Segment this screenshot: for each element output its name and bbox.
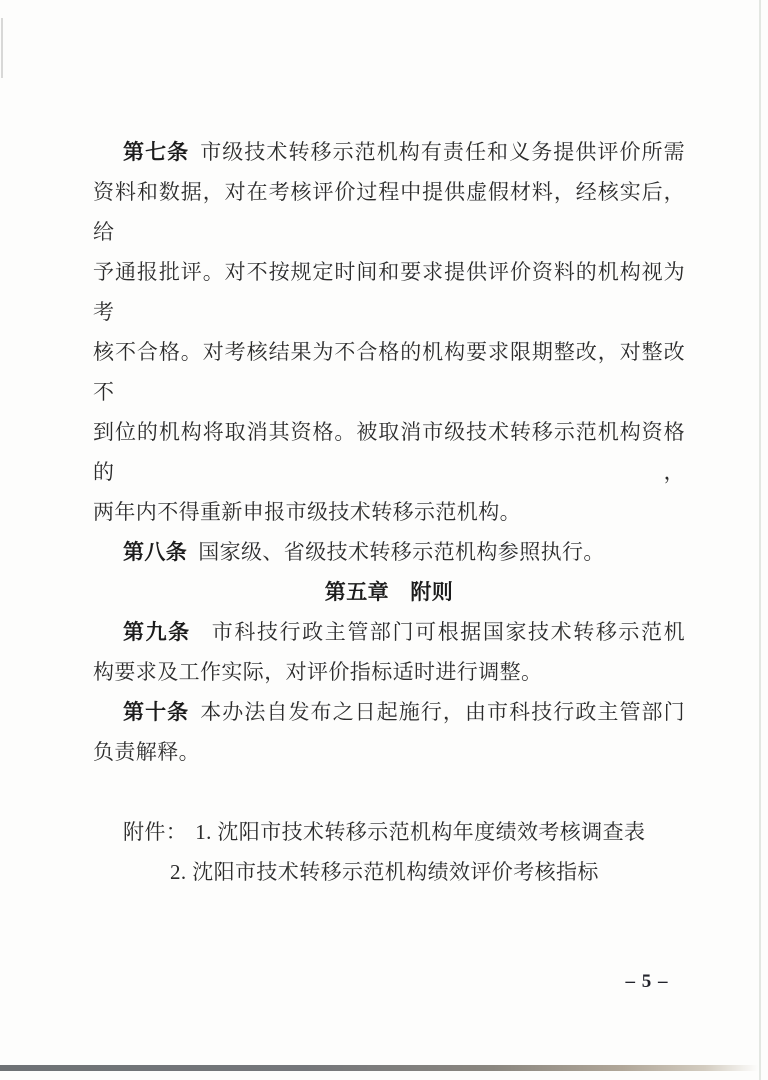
attachment-item-1: 1. 沈阳市技术转移示范机构年度绩效考核调查表 [195, 820, 645, 844]
article9-line1: 第九条市科技行政主管部门可根据国家技术转移示范机 [93, 612, 685, 652]
article10-line1-text: 本办法自发布之日起施行，由市科技行政主管部门 [200, 700, 685, 724]
article10-line1: 第十条本办法自发布之日起施行，由市科技行政主管部门 [93, 692, 685, 732]
chapter5-heading: 第五章 附则 [93, 572, 685, 612]
page-number: – 5 – [616, 971, 678, 993]
article9-line1-text: 市科技行政主管部门可根据国家技术转移示范机 [212, 620, 685, 644]
scanned-document-page: 第七条市级技术转移示范机构有责任和义务提供评价所需 资料和数据，对在考核评价过程… [0, 0, 768, 1080]
article7-label: 第七条 [123, 140, 189, 164]
article10-label: 第十条 [123, 700, 189, 724]
article7-line4: 核不合格。对考核结果为不合格的机构要求限期整改，对整改不 [93, 332, 685, 412]
article10-line2: 负责解释。 [93, 732, 685, 772]
article7-line1: 第七条市级技术转移示范机构有责任和义务提供评价所需 [93, 132, 685, 172]
article7-line5: 到位的机构将取消其资格。被取消市级技术转移示范机构资格的， [93, 412, 685, 492]
document-body: 第七条市级技术转移示范机构有责任和义务提供评价所需 资料和数据，对在考核评价过程… [93, 132, 685, 892]
attachments-label: 附件： [123, 820, 187, 844]
article8-text: 国家级、省级技术转移示范机构参照执行。 [198, 540, 605, 564]
article7-line6: 两年内不得重新申报市级技术转移示范机构。 [93, 492, 685, 532]
article9-line2: 构要求及工作实际，对评价指标适时进行调整。 [93, 652, 685, 692]
article9-label: 第九条 [123, 620, 191, 644]
article8-line: 第八条国家级、省级技术转移示范机构参照执行。 [93, 532, 685, 572]
scan-right-page-edge [759, 0, 761, 1080]
blank-line [93, 772, 685, 812]
article8-label: 第八条 [123, 540, 187, 564]
article7-line2: 资料和数据，对在考核评价过程中提供虚假材料，经核实后，给 [93, 172, 685, 252]
article7-line1-text: 市级技术转移示范机构有责任和义务提供评价所需 [200, 140, 685, 164]
scan-left-edge-artifact [1, 18, 3, 78]
scan-bottom-shadow [0, 1065, 758, 1071]
attachment-line-1: 附件：1. 沈阳市技术转移示范机构年度绩效考核调查表 [93, 812, 685, 852]
article7-line3: 予通报批评。对不按规定时间和要求提供评价资料的机构视为考 [93, 252, 685, 332]
attachment-line-2: 2. 沈阳市技术转移示范机构绩效评价考核指标 [93, 852, 685, 892]
